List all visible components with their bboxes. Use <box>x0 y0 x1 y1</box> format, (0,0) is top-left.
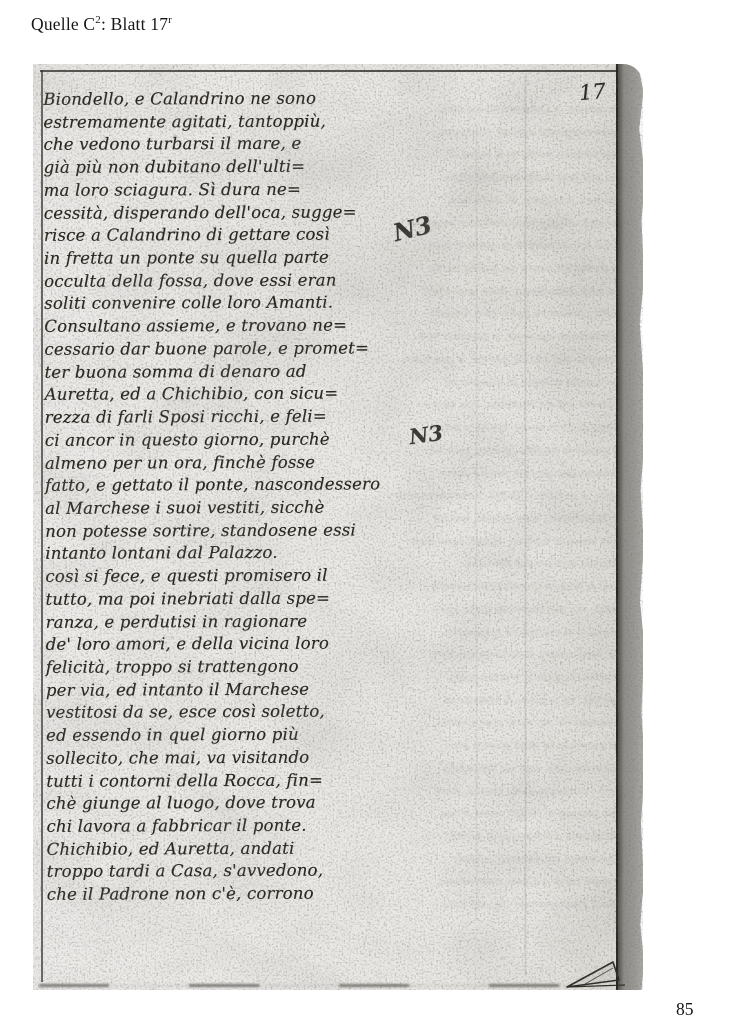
manuscript-text: Biondello, e Calandrino ne sonoestremame… <box>43 87 405 906</box>
manuscript-line: estremamente agitati, tantoppiù, <box>43 110 401 134</box>
manuscript-line: tutto, ma poi inebriati dalla spe= <box>45 587 403 611</box>
bleedthrough-line: non potesse sortire, standosene essi <box>385 530 623 553</box>
bleedthrough-line: ranza, e perdutisi in ragionare <box>385 621 623 644</box>
scan-left-border-line <box>41 70 43 982</box>
manuscript-line: Chichibio, ed Auretta, andati <box>46 837 404 861</box>
manuscript-line: ma loro sciagura. Sì dura ne= <box>44 178 402 202</box>
manuscript-line: troppo tardi a Casa, s'avvedono, <box>47 860 405 884</box>
manuscript-line: cessario dar buone parole, e promet= <box>44 337 402 361</box>
bleedthrough-line: vestitosi da se, esce così soletto, <box>385 711 623 734</box>
header-text-blatt: : Blatt 17 <box>101 14 168 34</box>
manuscript-line: almeno per un ora, finchè fosse <box>45 451 403 475</box>
header-superscript-r: r <box>168 14 172 26</box>
manuscript-line: chi lavora a fabbricar il ponte. <box>46 814 404 838</box>
manuscript-line: de' loro amori, e della vicina loro <box>46 632 404 656</box>
bleedthrough-line: almeno per un ora, finchè fosse <box>385 462 623 485</box>
page-edge-shadow <box>616 64 643 990</box>
bleedthrough-line: ed essendo in quel giorno più <box>385 734 623 757</box>
bleedthrough-line: cessario dar buone parole, e promet= <box>385 348 623 371</box>
manuscript-line: ter buona somma di denaro ad <box>44 360 402 384</box>
manuscript-line: ed essendo in quel giorno più <box>46 723 404 747</box>
bleedthrough-line: ma loro sciagura. Sì dura ne= <box>385 189 623 212</box>
page-header: Quelle C2: Blatt 17r <box>31 14 172 35</box>
manuscript-line: rezza di farli Sposi ricchi, e feli= <box>45 405 403 429</box>
bleedthrough-line: de' loro amori, e della vicina loro <box>385 643 623 666</box>
bleedthrough-line: chè giunge al luogo, dove trova <box>385 802 623 825</box>
bleedthrough-line: ter buona somma di denaro ad <box>385 371 623 394</box>
manuscript-line: felicità, troppo si trattengono <box>46 655 404 679</box>
manuscript-line: già più non dubitano dell'ulti= <box>44 155 402 179</box>
manuscript-line: in fretta un ponte su quella parte <box>44 246 402 270</box>
bleedthrough-line: in fretta un ponte su quella parte <box>385 257 623 280</box>
manuscript-line: fatto, e gettato il ponte, nascondessero <box>45 473 403 497</box>
book-page: { "header": { "part1": "Quelle C", "sup1… <box>0 0 735 1030</box>
manuscript-scan: Biondello, e Calandrino ne sonoestremame… <box>33 64 643 990</box>
manuscript-line: che vedono turbarsi il mare, e <box>43 133 401 157</box>
bleedthrough-line: già più non dubitano dell'ulti= <box>385 166 623 189</box>
bleedthrough-line: al Marchese i suoi vestiti, sicchè <box>385 507 623 530</box>
bleedthrough-line: che vedono turbarsi il mare, e <box>385 143 623 166</box>
bleedthrough-line: che il Padrone non c'è, corrono <box>385 893 623 916</box>
folio-number: 17 <box>578 79 607 105</box>
manuscript-line: per via, ed intanto il Marchese <box>46 678 404 702</box>
manuscript-line: sollecito, che mai, va visitando <box>46 746 404 770</box>
manuscript-line: Consultano assieme, e trovano ne= <box>44 314 402 338</box>
bleedthrough-line: così si fece, e questi promisero il <box>385 575 623 598</box>
manuscript-line: ci ancor in questo giorno, purchè <box>45 428 403 452</box>
bleedthrough-line: estremamente agitati, tantoppiù, <box>385 121 623 144</box>
bleedthrough-line: soliti convenire colle loro Amanti. <box>385 302 623 325</box>
bleedthrough-line: Chichibio, ed Auretta, andati <box>385 848 623 871</box>
bleedthrough-line: Consultano assieme, e trovano ne= <box>385 325 623 348</box>
manuscript-line: occulta della fossa, dove essi eran <box>44 269 402 293</box>
bleedthrough-line: troppo tardi a Casa, s'avvedono, <box>385 870 623 893</box>
bleedthrough-line: chi lavora a fabbricar il ponte. <box>385 825 623 848</box>
bleedthrough-line: sollecito, che mai, va visitando <box>385 757 623 780</box>
manuscript-line: così si fece, e questi promisero il <box>45 564 403 588</box>
scan-top-border-line <box>40 70 618 72</box>
manuscript-line: intanto lontani dal Palazzo. <box>45 542 403 566</box>
bleedthrough-line: tutti i contorni della Rocca, fin= <box>385 780 623 803</box>
bleedthrough-line: intanto lontani dal Palazzo. <box>385 552 623 575</box>
bleedthrough-line: occulta della fossa, dove essi eran <box>385 280 623 303</box>
manuscript-line: chè giunge al luogo, dove trova <box>46 791 404 815</box>
header-text: Quelle C <box>31 14 95 34</box>
scan-bottom-edge <box>39 984 611 987</box>
bleedthrough-line: fatto, e gettato il ponte, nascondessero <box>385 484 623 507</box>
page-number: 85 <box>676 999 694 1020</box>
bleedthrough-line: tutto, ma poi inebriati dalla spe= <box>385 598 623 621</box>
bleedthrough-line: felicità, troppo si trattengono <box>385 666 623 689</box>
margin-mark-n3-2: N3 <box>407 420 444 449</box>
manuscript-line: soliti convenire colle loro Amanti. <box>44 292 402 316</box>
manuscript-line: che il Padrone non c'è, corrono <box>47 882 405 906</box>
manuscript-line: ranza, e perdutisi in ragionare <box>45 610 403 634</box>
manuscript-line: non potesse sortire, standosene essi <box>45 519 403 543</box>
manuscript-line: Biondello, e Calandrino ne sono <box>43 87 401 111</box>
manuscript-line: tutti i contorni della Rocca, fin= <box>46 769 404 793</box>
bleedthrough-line: per via, ed intanto il Marchese <box>385 689 623 712</box>
manuscript-line: al Marchese i suoi vestiti, sicchè <box>45 496 403 520</box>
manuscript-line: cessità, disperando dell'oca, sugge= <box>44 201 402 225</box>
manuscript-line: vestitosi da se, esce così soletto, <box>46 701 404 725</box>
manuscript-line: Auretta, ed a Chichibio, con sicu= <box>45 383 403 407</box>
manuscript-line: risce a Calandrino di gettare così <box>44 224 402 248</box>
bleedthrough-line: Auretta, ed a Chichibio, con sicu= <box>385 393 623 416</box>
